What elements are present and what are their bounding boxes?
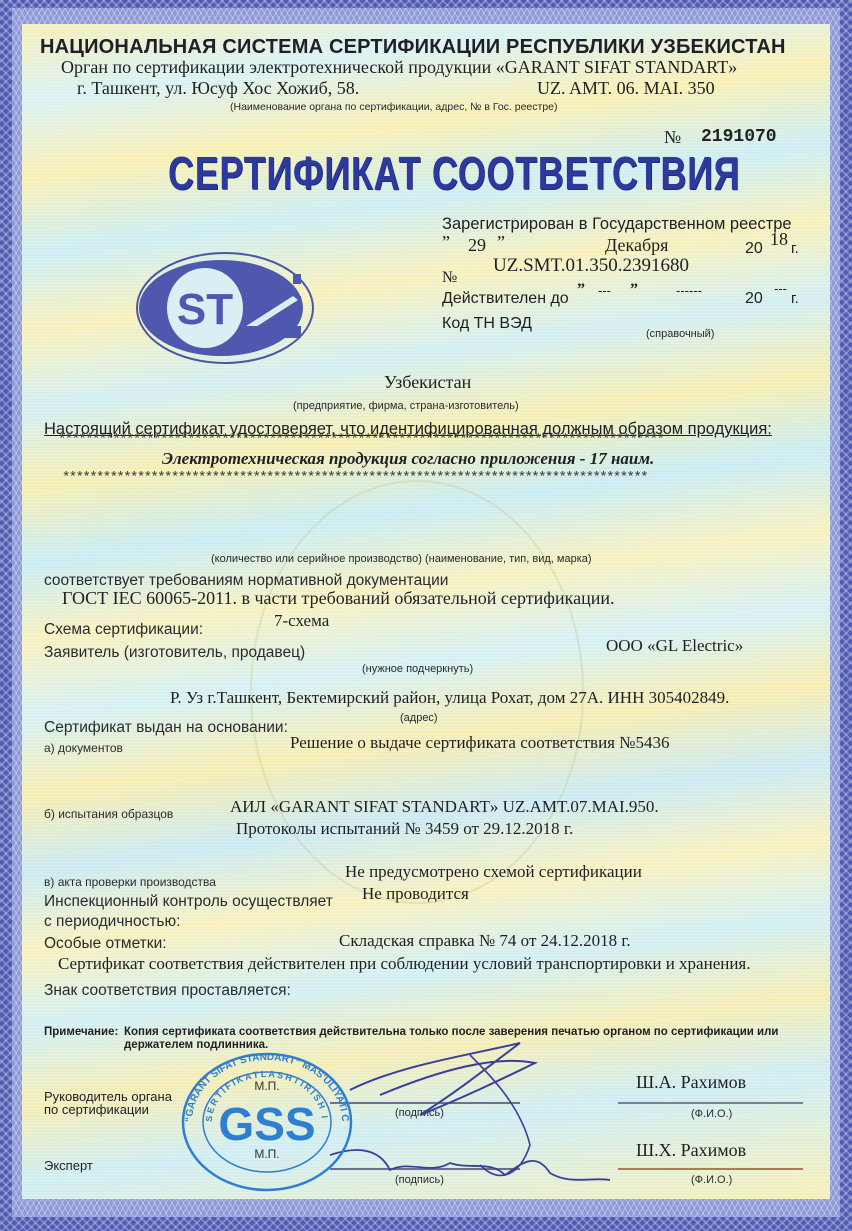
head-name-caption: (Ф.И.О.) (691, 1108, 732, 1120)
product-caption: (количество или серийное производство) (… (211, 553, 592, 565)
control-label-2: с периодичностью: (44, 913, 180, 931)
certification-body-name: Орган по сертификации электротехнической… (61, 57, 737, 78)
valid-month: ------ (676, 283, 702, 298)
signature-strokes (320, 1035, 620, 1205)
control-label-1: Инспекционный контроль осуществляет (44, 893, 333, 911)
expert-signature-icon (330, 1150, 610, 1180)
applicant-label: Заявитель (изготовитель, продавец) (44, 644, 305, 662)
scheme-label: Схема сертификации: (44, 621, 203, 639)
st-logo-icon: ST (133, 248, 323, 368)
stars-line-2: ****************************************… (62, 470, 647, 486)
basis-tests-value-2: Протоколы испытаний № 3459 от 29.12.2018… (236, 819, 573, 839)
applicant-address: Р. Уз г.Ташкент, Бектемирский район, ули… (170, 688, 729, 708)
svg-text:М.П.: М.П. (254, 1079, 279, 1093)
head-name-line (618, 1102, 803, 1104)
scheme-value: 7-схема (274, 611, 329, 631)
compliance-standard: ГОСТ IEC 60065-2011. в части требований … (62, 588, 614, 609)
manufacturer-country: Узбекистан (384, 372, 471, 393)
reg-number: UZ.SMT.01.350.2391680 (493, 255, 689, 277)
registered-label: Зарегистрирован в Государственном реестр… (442, 215, 792, 234)
certificate-number-sign: № (664, 127, 681, 148)
reg-day: 29 (468, 235, 486, 256)
tnved-label: Код ТН ВЭД (442, 315, 532, 333)
applicant-caption: (нужное подчеркнуть) (362, 663, 473, 675)
valid-until-label: Действителен до (442, 290, 569, 308)
svg-text:М.П.: М.П. (254, 1147, 279, 1161)
valid-year-suffix: --- (774, 281, 787, 296)
certificate-number: 2191070 (701, 127, 777, 147)
notes-validity: Сертификат соответствия действителен при… (58, 954, 751, 974)
notes-label: Особые отметки: (44, 935, 167, 953)
stars-line-1: ****************************************… (58, 432, 663, 448)
expert-name-caption: (Ф.И.О.) (691, 1174, 732, 1186)
valid-quote-open: ” (577, 281, 585, 299)
valid-year-unit: г. (791, 290, 799, 307)
basis-label: Сертификат выдан на основании: (44, 719, 288, 737)
reg-quote-close: ” (497, 232, 505, 253)
basis-inspection-value: Не предусмотрено схемой сертификации (345, 862, 642, 882)
basis-tests-value-1: АИЛ «GARANT SIFAT STANDART» UZ.AMT.07.MA… (230, 797, 659, 817)
head-signature-icon (350, 1043, 535, 1115)
valid-quote-close: ” (630, 281, 638, 299)
certification-body-address: г. Ташкент, ул. Юсуф Хос Хожиб, 58. (77, 78, 359, 99)
system-title: НАЦИОНАЛЬНАЯ СИСТЕМА СЕРТИФИКАЦИИ РЕСПУБ… (40, 36, 786, 59)
reg-month: Декабря (605, 235, 668, 256)
head-label: Руководитель органа по сертификации (44, 1090, 172, 1116)
basis-inspection-label: в) акта проверки производства (44, 875, 216, 889)
reg-year-prefix: 20 (745, 240, 763, 258)
basis-documents-value: Решение о выдаче сертификата соответстви… (290, 733, 669, 753)
valid-day: --- (598, 283, 611, 298)
conformity-mark-label: Знак соответствия проставляется: (44, 982, 291, 1000)
control-value: Не проводится (362, 884, 469, 904)
gss-stamp: “GARANT SIFAT STANDART” MAS'ULIYATI CHEK… (178, 1050, 356, 1195)
product-description: Электротехническая продукция согласно пр… (162, 449, 654, 469)
valid-year-prefix: 20 (745, 290, 763, 308)
head-label-line-2: по сертификации (44, 1103, 172, 1116)
basis-documents-label: а) документов (44, 741, 123, 755)
reg-quote-open: ” (442, 232, 450, 253)
applicant-name: ООО «GL Electric» (606, 636, 743, 656)
header-caption: (Наименование органа по сертификации, ад… (230, 101, 558, 113)
svg-text:ST: ST (177, 285, 233, 334)
reg-year-suffix: 18 (770, 229, 788, 250)
head-name: Ш.А. Рахимов (636, 1072, 746, 1093)
gss-stamp-icon: “GARANT SIFAT STANDART” MAS'ULIYATI CHEK… (178, 1050, 356, 1195)
manufacturer-caption: (предприятие, фирма, страна-изготовитель… (293, 400, 519, 412)
tnved-caption: (справочный) (646, 328, 714, 340)
st-logo: ST (133, 248, 323, 368)
reg-number-label: № (442, 269, 457, 287)
notes-value: Складская справка № 74 от 24.12.2018 г. (339, 931, 631, 951)
applicant-address-caption: (адрес) (400, 712, 438, 724)
expert-name: Ш.Х. Рахимов (636, 1140, 746, 1161)
basis-tests-label: б) испытания образцов (44, 807, 173, 821)
reg-year-unit: г. (791, 240, 799, 257)
svg-text:GSS: GSS (218, 1098, 315, 1150)
expert-name-line (618, 1168, 803, 1170)
expert-label: Эксперт (44, 1158, 93, 1173)
certification-body-registry-code: UZ. AMT. 06. MAI. 350 (537, 78, 715, 99)
remark-label: Примечание: (44, 1026, 118, 1038)
certificate-title: СЕРТИФИКАТ СООТВЕТСТВИЯ (168, 146, 740, 200)
